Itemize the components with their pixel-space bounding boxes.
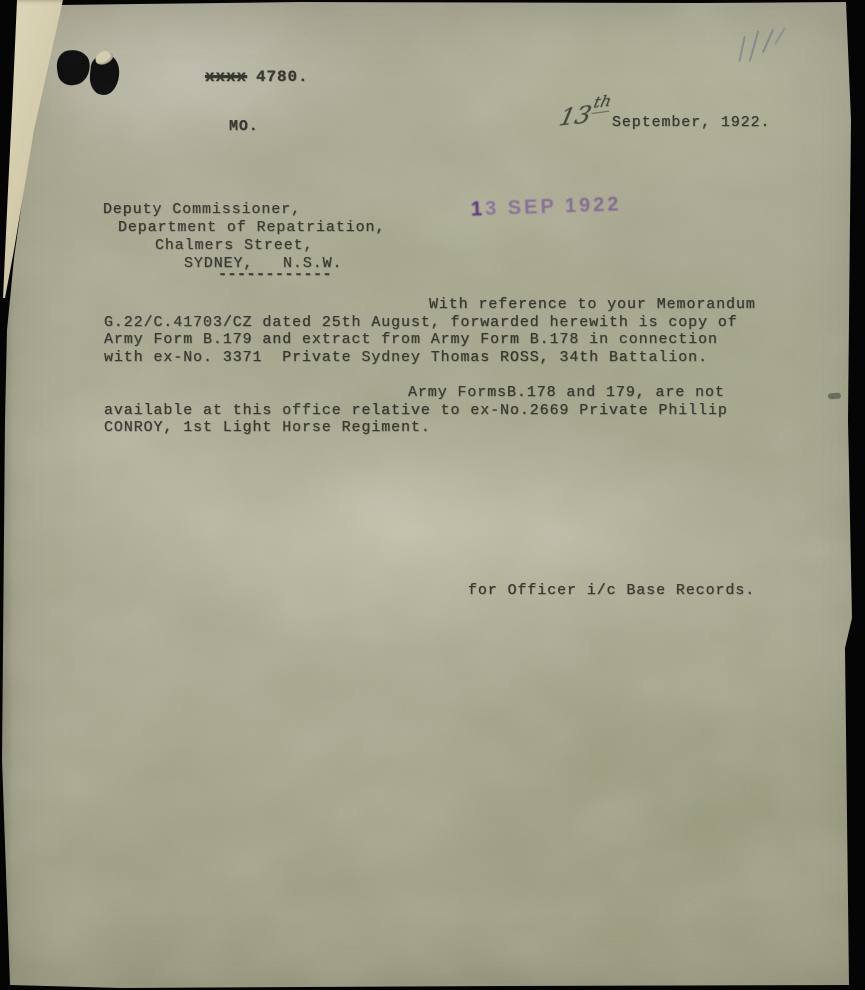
- recipient-line: Department of Repatriation,: [118, 220, 385, 235]
- paper-texture-grain: [0, 0, 865, 990]
- pencil-stroke: [738, 36, 745, 62]
- paper-texture-blotches: [0, 0, 865, 990]
- edge-mark: [828, 393, 841, 400]
- office-code: MO.: [229, 119, 259, 134]
- document-page: xxxx4780. MO. 13 th September, 1922. 13 …: [0, 0, 865, 990]
- reference-number: xxxx4780.: [142, 53, 309, 101]
- handwritten-mark: [733, 26, 803, 71]
- date-stamp: 13 SEP 1922: [471, 193, 622, 221]
- document-photo: xxxx4780. MO. 13 th September, 1922. 13 …: [0, 0, 865, 990]
- pencil-stroke: [749, 30, 760, 61]
- body-line: Army Form B.179 and extract from Army Fo…: [104, 332, 718, 347]
- body-line: With reference to your Memorandum: [429, 297, 756, 312]
- signature-line: for Officer i/c Base Records.: [468, 583, 755, 598]
- recipient-line: Deputy Commissioner,: [103, 202, 301, 217]
- body-line: with ex-No. 3371 Private Sydney Thomas R…: [104, 350, 708, 365]
- body-line: Army FormsB.178 and 179, are not: [408, 385, 725, 400]
- crossed-out-text: xxxx: [205, 68, 247, 86]
- reference-value: 4780.: [256, 68, 309, 86]
- recipient-line: Chalmers Street,: [155, 238, 313, 253]
- address-underline: ------------: [218, 267, 332, 282]
- torn-hole: [55, 48, 93, 87]
- handwritten-date-day: 13: [557, 100, 595, 131]
- pencil-stroke: [774, 27, 786, 45]
- body-line: G.22/C.41703/CZ dated 25th August, forwa…: [104, 315, 738, 330]
- pencil-stroke: [762, 29, 774, 54]
- handwritten-date-suffix: th: [591, 91, 613, 114]
- body-line: CONROY, 1st Light Horse Regiment.: [104, 420, 431, 435]
- body-line: available at this office relative to ex-…: [104, 403, 728, 418]
- typed-date: September, 1922.: [612, 115, 770, 130]
